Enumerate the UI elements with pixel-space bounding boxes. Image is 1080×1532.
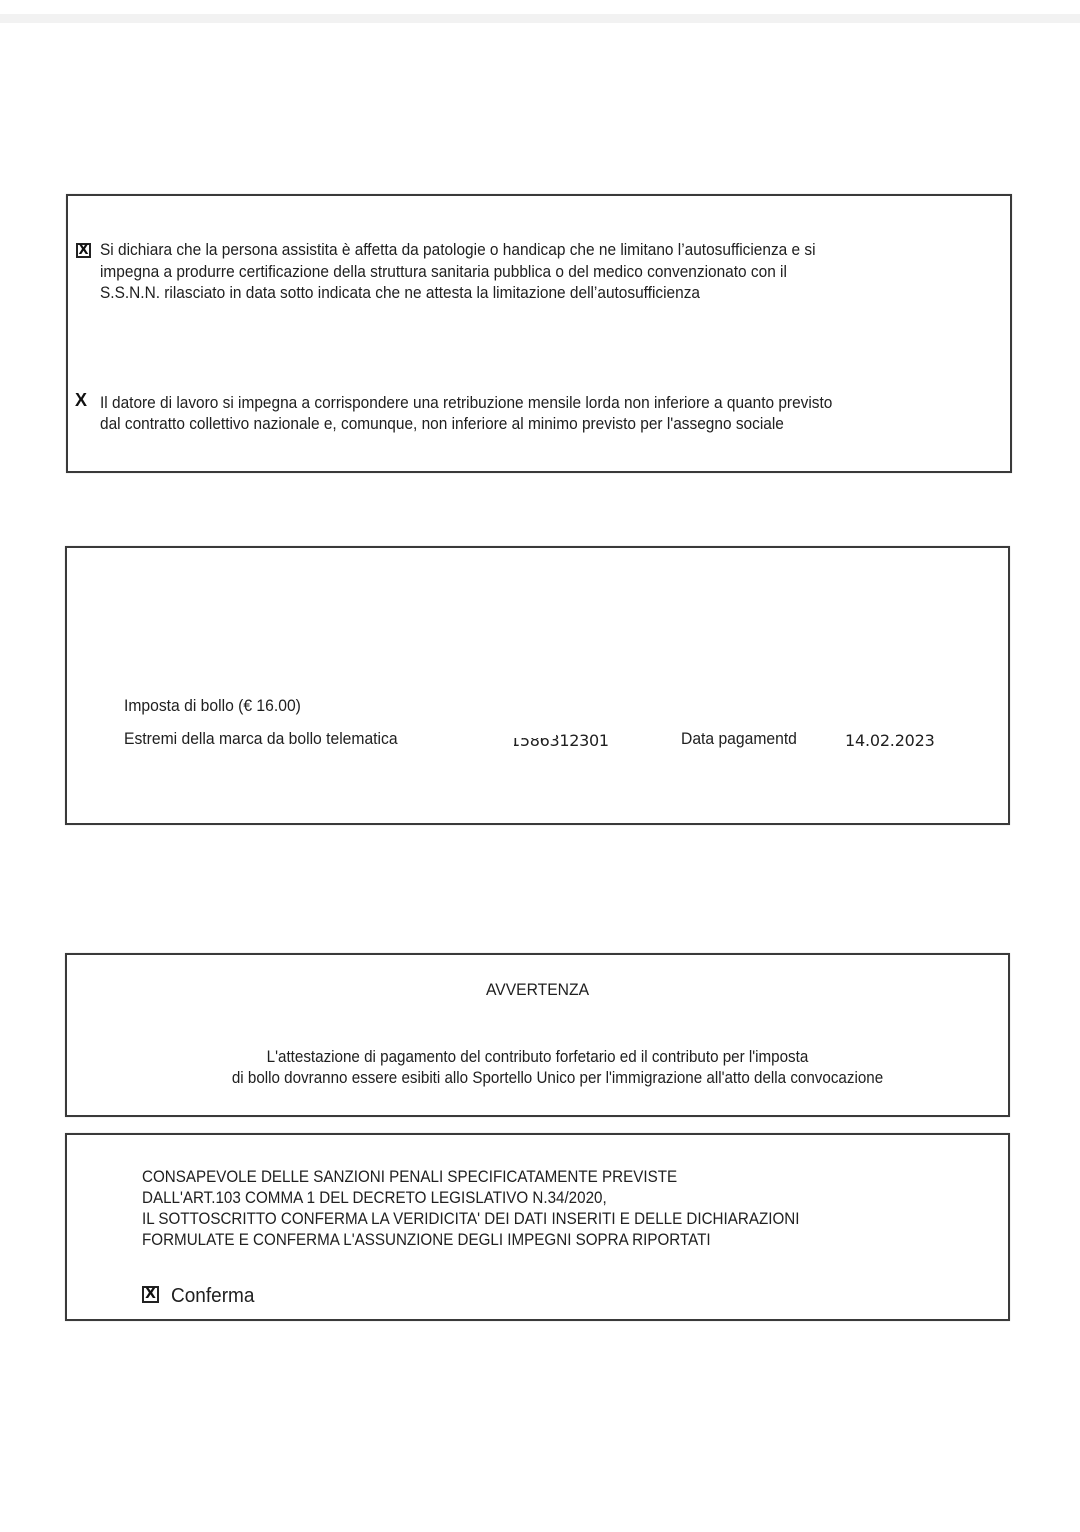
autosufficiency-declaration-line-1: Si dichiara che la persona assistita è a…	[100, 240, 816, 261]
marca-value: 0231 1586312301	[468, 728, 608, 752]
confirmation-line-4: FORMULATE E CONFERMA L'ASSUNZIONE DEGLI …	[142, 1230, 711, 1251]
confirmation-line-2: DALL'ART.103 COMMA 1 DEL DECRETO LEGISLA…	[142, 1188, 607, 1209]
stamp-duty-label: Imposta di bollo (€ 16.00)	[124, 696, 301, 717]
payment-date-label: Data pagamentd	[681, 729, 797, 750]
warning-text-line-2: di bollo dovranno essere esibiti allo Sp…	[123, 1068, 992, 1089]
warning-title: AVVERTENZA	[89, 980, 987, 1001]
top-status-bar	[0, 14, 1080, 23]
autosufficiency-declaration-line-3: S.S.N.N. rilasciato in data sotto indica…	[100, 283, 700, 304]
redaction	[468, 738, 514, 752]
stamp-duty-section	[65, 546, 1010, 825]
confirmation-line-1: CONSAPEVOLE DELLE SANZIONI PENALI SPECIF…	[142, 1167, 677, 1188]
employer-commitment-line-1: Il datore di lavoro si impegna a corrisp…	[100, 393, 832, 414]
warning-text-line-1: L'attestazione di pagamento del contribu…	[103, 1047, 972, 1068]
warning-section	[65, 953, 1010, 1117]
autosufficiency-declaration-line-2: impegna a produrre certificazione della …	[100, 262, 787, 283]
marca-label: Estremi della marca da bollo telematica	[124, 729, 398, 750]
redaction	[468, 728, 556, 738]
employer-commitment-line-2: dal contratto collettivo nazionale e, co…	[100, 414, 784, 435]
confirm-checkbox-label: Conferma	[171, 1284, 254, 1308]
payment-date-value: 14.02.2023	[845, 730, 935, 751]
confirm-checkbox[interactable]: X	[142, 1286, 159, 1303]
confirmation-line-3: IL SOTTOSCRITTO CONFERMA LA VERIDICITA' …	[142, 1209, 799, 1230]
employer-commitment-mark[interactable]: X	[75, 390, 87, 411]
autosufficiency-checkbox[interactable]: X	[76, 243, 91, 258]
